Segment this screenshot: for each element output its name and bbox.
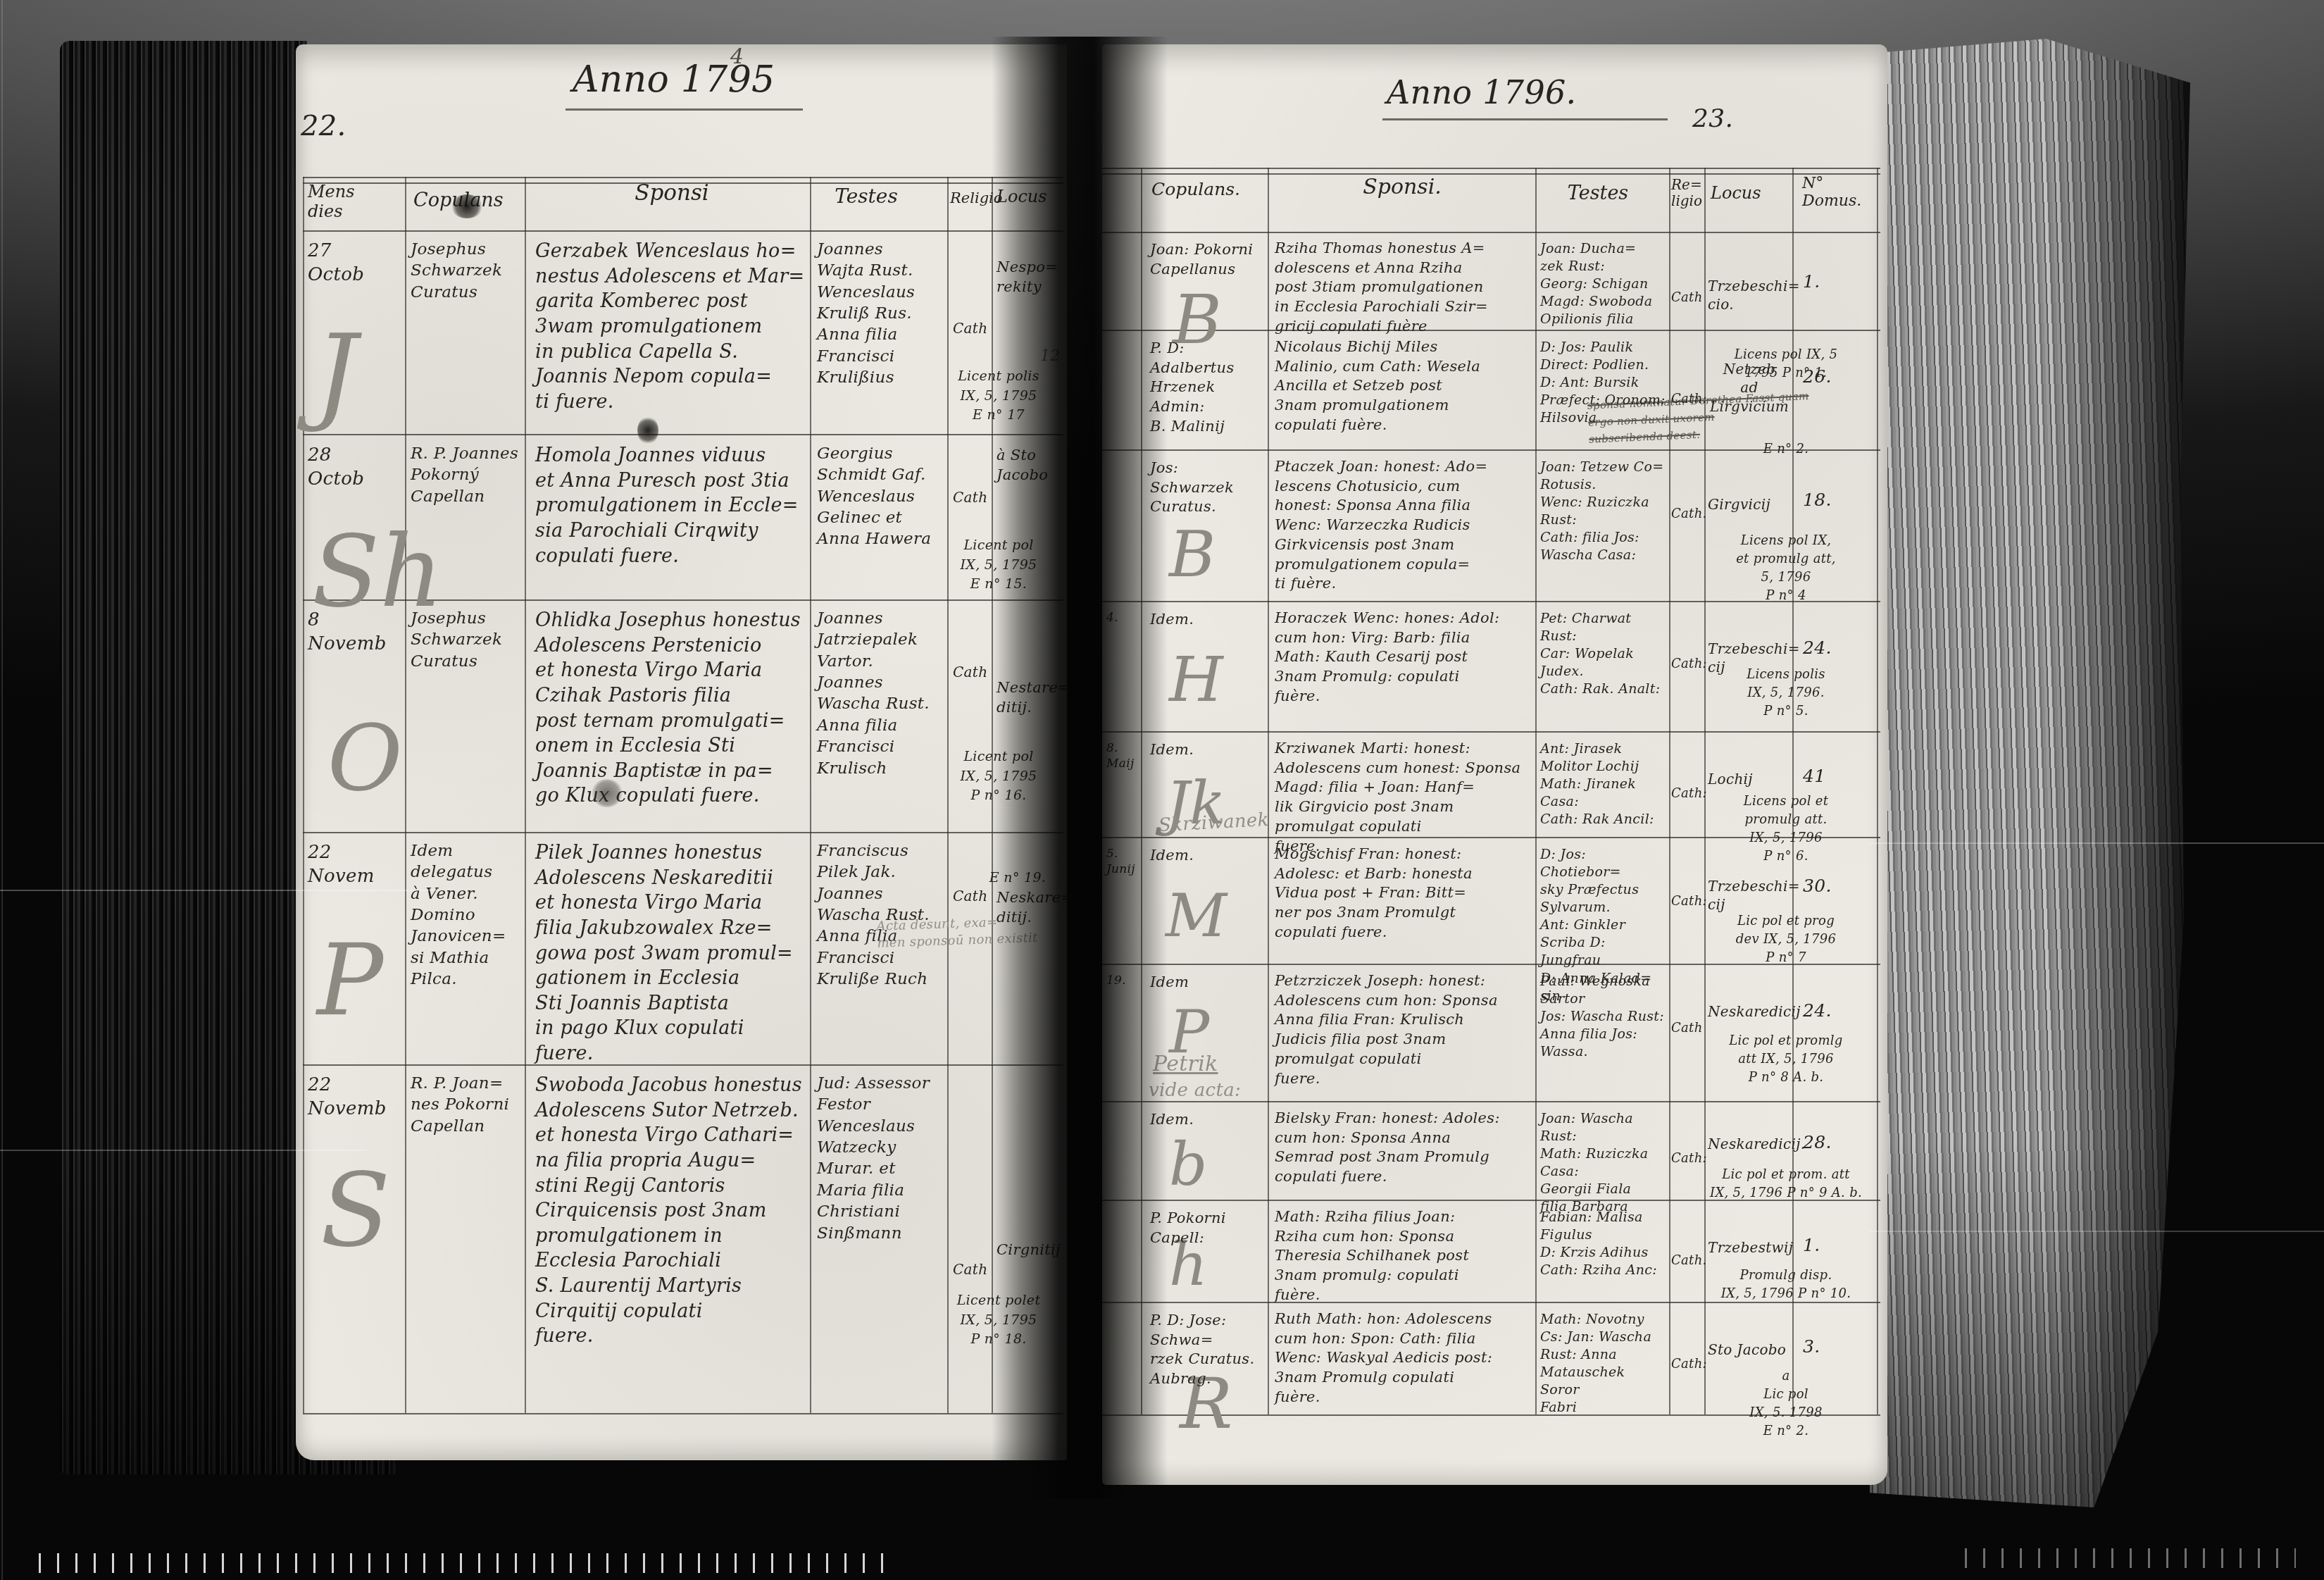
cell-sponsi: Mogschisf Fran: honest: Adolesc: et Barb… [1275,845,1530,943]
header-locus: Locus [997,187,1047,207]
cell-date: 8 Novemb [308,608,403,657]
pencil-note: Skrziwanek [1158,808,1269,838]
cell-sponsi: Nicolaus Bichij Miles Malinio, cum Cath:… [1275,337,1530,435]
cell-religio: Cath [953,663,992,681]
cell-sponsi: Ruth Math: hon: Adolescens cum hon: Spon… [1275,1310,1530,1407]
cell-sponsi: Math: Rziha filius Joan: Rziha cum hon: … [1275,1207,1530,1305]
cell-copulans: Idem delegatus à Vener. Domino Janovicen… [411,840,522,990]
table-line [303,1413,1063,1414]
cell-licence-note: Licent pol IX, 5, 1795 E n° 15. [935,536,1063,595]
cell-testes: Fabian: Malisa Figulus D: Krzis Adihus C… [1540,1209,1666,1279]
cell-domus: 18. [1803,488,1868,511]
table-line [303,177,304,1413]
cell-licence-note: Promulg disp. IX, 5, 1796 P n° 10. [1697,1267,1875,1303]
left-page-surface: 22. 4 Anno 1795 Mens dies Copulans Spons… [151,43,1067,1460]
film-scratch [1870,1231,2324,1232]
cell-copulans: Idem. [1150,740,1264,760]
header-mens-dies: Mens dies [308,182,355,221]
cell-testes: Math: Novotny Cs: Jan: Wascha Rust: Anna… [1540,1311,1666,1417]
cell-copulans: Idem [1150,973,1264,993]
cell-domus: 26. [1803,365,1868,388]
cell-domus: 41 [1803,764,1868,788]
table-line [1102,731,1880,733]
microfilm-scan: 22. 4 Anno 1795 Mens dies Copulans Spons… [0,0,2324,1580]
cell-domus: 24. [1803,999,1868,1022]
cell-licence-note: E n° 2. [1697,440,1875,459]
table-line [1877,168,1878,1414]
cell-religio: Cath: [1671,1150,1708,1167]
ink-blot [637,416,658,444]
cell-locus: Sto Jacobo [1708,1340,1791,1359]
cell-domus: 28. [1803,1131,1868,1154]
table-line [525,177,526,1413]
film-edge-line [1,0,3,1580]
cell-locus: Nespo= rekity [997,258,1064,297]
header-sponsi: Sponsi [535,181,808,206]
paraph-mark: J [315,321,357,427]
left-page-number: 22. [301,108,346,145]
book-right-page-stack [1870,39,2190,1507]
cell-sponsi: Rziha Thomas honestus A= dolescens et An… [1275,239,1530,337]
cell-testes: Joan: Tetzew Co= Rotusis. Wenc: Ruziczka… [1540,459,1666,564]
cell-licence-note: Licens pol IX, et promulg att, 5, 1796 P… [1697,532,1875,605]
paraph-mark: H [1169,649,1223,711]
table-line [1535,168,1537,1414]
film-scratch [1870,842,2324,844]
cell-locus: Neskaredicij [1708,1002,1791,1021]
cell-sponsi: Bielsky Fran: honest: Adoles: cum hon: S… [1275,1109,1530,1187]
right-page-title: Anno 1796. [1382,71,1668,120]
cell-sponsi: Krziwanek Marti: honest: Adolescens cum … [1275,739,1530,856]
header-religio: Religio [950,189,1002,206]
cell-licence-note: Lic pol et promlg att IX, 5, 1796 P n° 8… [1697,1032,1875,1087]
cell-religio: Cath: [1671,893,1708,910]
paraph-mark: Sh [312,523,443,622]
cell-copulans: Idem. [1150,610,1264,630]
cell-religio: Cath [953,319,992,337]
table-line [1141,168,1142,1414]
pencil-note: vide acta: [1149,1078,1241,1102]
margin-number: 12 [1040,346,1061,366]
table-line [303,434,1063,435]
cell-testes: Georgius Schmidt Gaf. Wenceslaus Gelinec… [817,443,945,550]
right-page-surface: 23. Anno 1796. Copulans. S [1102,44,1887,1485]
cell-domus: 1. [1803,270,1868,293]
cell-testes: Franciscus Pilek Jak. Joannes Wascha Rus… [817,840,945,990]
cell-licence-note: a Lic pol IX, 5. 1798 E n° 2. [1697,1367,1875,1441]
cell-date: 22 Novemb [308,1073,403,1121]
cell-locus: Netzeb ad Lirgvicium [1708,360,1791,416]
cell-sponsi: Ptaczek Joan: honest: Ado= lescens Chotu… [1275,457,1530,594]
cell-date: 22 Novem [308,840,403,889]
cell-licence-note: Lic pol et prom. att IX, 5, 1796 P n° 9 … [1697,1166,1875,1202]
table-line [1102,232,1880,233]
cell-sponsi: Horaczek Wenc: hones: Adol: cum hon: Vir… [1275,609,1530,707]
cell-copulans: Idem. [1150,846,1264,866]
cell-licence-note: Licens pol et promulg att. IX, 5, 1796 P… [1697,792,1875,866]
pencil-note: Acta desunt, exa= men sponsoū non existi… [876,912,1067,952]
cell-testes: Pet: Charwat Rust: Car: Wopelak Judex. C… [1540,610,1666,698]
cell-locus: Trzebestwij [1708,1238,1791,1257]
film-scratch [0,890,437,891]
table-line [1102,168,1880,169]
cell-copulans: Idem. [1150,1110,1264,1130]
paraph-mark: B [1169,523,1216,587]
header-testes: Testes [803,185,930,208]
left-page-title: Anno 1795 [566,56,803,111]
header-religio: Re= ligio [1671,177,1702,209]
cell-copulans: P. D: Adalbertus Hrzenek Admin: B. Malin… [1150,339,1264,437]
cell-licence-note: Licens polis IX, 5, 1796. P n° 5. [1697,666,1875,721]
pencil-note: Petrik [1153,1050,1218,1078]
table-line [303,832,1063,833]
table-line [1102,173,1880,175]
cell-testes: D: Jos: Paulik Direct: Podlien. D: Ant: … [1540,339,1666,427]
cell-locus: Cirgnitij [997,1240,1064,1260]
film-scratch [0,1150,366,1151]
cell-religio: Cath. [1671,506,1708,523]
paraph-mark: b [1169,1135,1207,1195]
cell-religio: Cath [953,1260,992,1279]
film-ruler-scale [1965,1548,2296,1568]
cell-religio: Cath [953,488,992,506]
cell-sponsi: Ohlidka Josephus honestus Adolescens Per… [535,608,808,809]
table-line [1669,168,1670,1414]
cell-locus: Nestare= ditij. [997,678,1064,717]
cell-testes: Joan: Ducha= zek Rust: Georg: Schigan Ma… [1540,240,1666,328]
cell-religio: Cath [953,887,992,905]
cell-locus: Neskaredicij. [1708,1135,1791,1153]
cell-domus: 30. [1803,874,1868,897]
table-line [303,230,1063,232]
table-line [1268,168,1269,1414]
cell-locus: Trzebeschi= cio. [1708,277,1791,314]
cell-locus: Girgvicij [1708,495,1791,514]
cell-copulans: Josephus Schwarzek Curatus [411,608,522,672]
cell-sponsi: Petzrziczek Joseph: honest: Adolescens c… [1275,971,1530,1088]
cell-licence-note: Licent polet IX, 5, 1795 P n° 18. [935,1291,1063,1350]
ink-blot [451,194,483,218]
cell-testes: Joannes Wajta Rust. Wenceslaus Kruliß Ru… [817,239,945,389]
cell-sponsi: Pilek Joannes honestus Adolescens Neskar… [535,840,808,1066]
cell-locus: à Sto Jacobo [997,446,1064,485]
header-testes: Testes [1535,182,1661,204]
cell-licence-note: Licent polis IX, 5, 1795 E n° 17 [935,367,1063,425]
cell-copulans: Joan: Pokorni Capellanus [1150,240,1264,279]
cell-copulans: P. Pokorni Capell: [1150,1209,1264,1248]
left-page: 22. 4 Anno 1795 Mens dies Copulans Spons… [296,44,1067,1460]
cell-licence-note: Licent pol IX, 5, 1795 P n° 16. [935,747,1063,806]
cell-date: 27 Octob [308,239,403,287]
cell-testes: Joan: Wascha Rust: Math: Ruziczka Casa: … [1540,1110,1666,1216]
film-ruler-scale [39,1553,894,1573]
table-line [303,177,1063,178]
cell-domus: 3. [1803,1335,1868,1358]
right-page-number: 23. [1692,102,1733,136]
right-page: 23. Anno 1796. Copulans. S [1102,44,1887,1485]
header-copulans: Copulans. [1151,180,1240,200]
cell-licence-note: Lic pol et prog dev IX, 5, 1796 P n° 7 [1697,912,1875,967]
paraph-mark: S [320,1159,390,1262]
cell-religio: Cath: [1671,391,1708,408]
cell-date: 5. Junij [1106,846,1140,878]
cell-copulans: R. P. Joan= nes Pokorni Capellan [411,1073,522,1137]
cell-testes: Ant: Jirasek Molitor Lochij Math: Jirane… [1540,740,1666,828]
cell-date: 8. Maij [1106,740,1140,772]
cell-date: 4. [1106,610,1140,626]
cell-domus: 1. [1803,1233,1868,1257]
cell-testes: Jud: Assessor Festor Wenceslaus Watzecky… [817,1073,945,1244]
cell-sponsi: Gerzabek Wenceslaus ho= nestus Adolescen… [535,239,808,414]
header-domus: N° Domus. [1802,175,1861,211]
cell-locus: Lochij [1708,770,1791,788]
cell-sponsi: Homola Joannes viduus et Anna Puresch po… [535,443,808,568]
paraph-mark: P [317,932,383,1031]
cell-copulans: P. D: Jose: Schwa= rzek Curatus. Aubrag. [1150,1311,1264,1389]
cell-copulans: Jos: Schwarzek Curatus. [1150,459,1264,517]
cell-sponsi: Swoboda Jacobus honestus Adolescens Suto… [535,1073,808,1349]
header-sponsi: Sponsi. [1275,175,1530,200]
table-line [405,177,406,1413]
cell-date: 28 Octob [308,443,403,492]
cell-testes: Paul: Wegnoska Sartor Jos: Wascha Rust: … [1540,973,1666,1061]
cell-licence-note: E n° 19. [968,869,1067,888]
header-locus: Locus [1711,184,1761,204]
cell-domus: 24. [1803,636,1868,659]
cell-date: 19. [1106,973,1140,988]
cell-locus: Trzebeschi= cij [1708,877,1791,914]
cell-testes: Joannes Jatrziepalek Vartor. Joannes Was… [817,608,945,779]
table-line [810,177,811,1413]
cell-religio: Cath [1671,290,1708,306]
cell-copulans: Josephus Schwarzek Curatus [411,239,522,303]
paraph-mark: O [327,712,403,804]
cell-copulans: R. P. Joannes Pokorný Capellan [411,443,522,507]
paraph-mark: M [1166,886,1227,946]
